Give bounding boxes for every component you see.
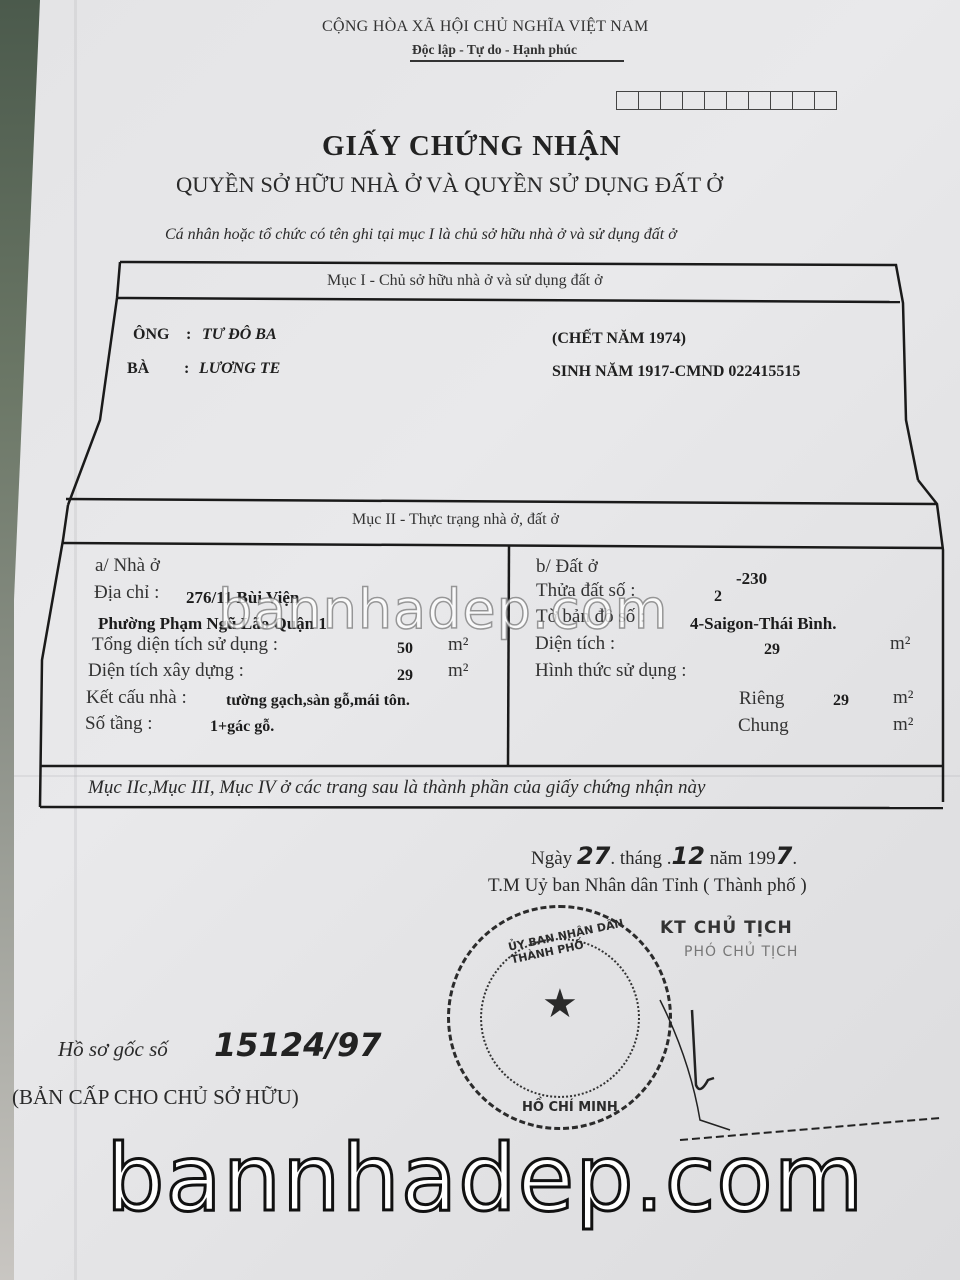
file-number-value: 15124/97 [214,1026,382,1064]
copy-note: (BẢN CẤP CHO CHỦ SỞ HỮU) [12,1085,299,1110]
watermark: bannhadep.com [106,1125,864,1232]
file-number-label: Hồ sơ gốc số [58,1037,168,1062]
